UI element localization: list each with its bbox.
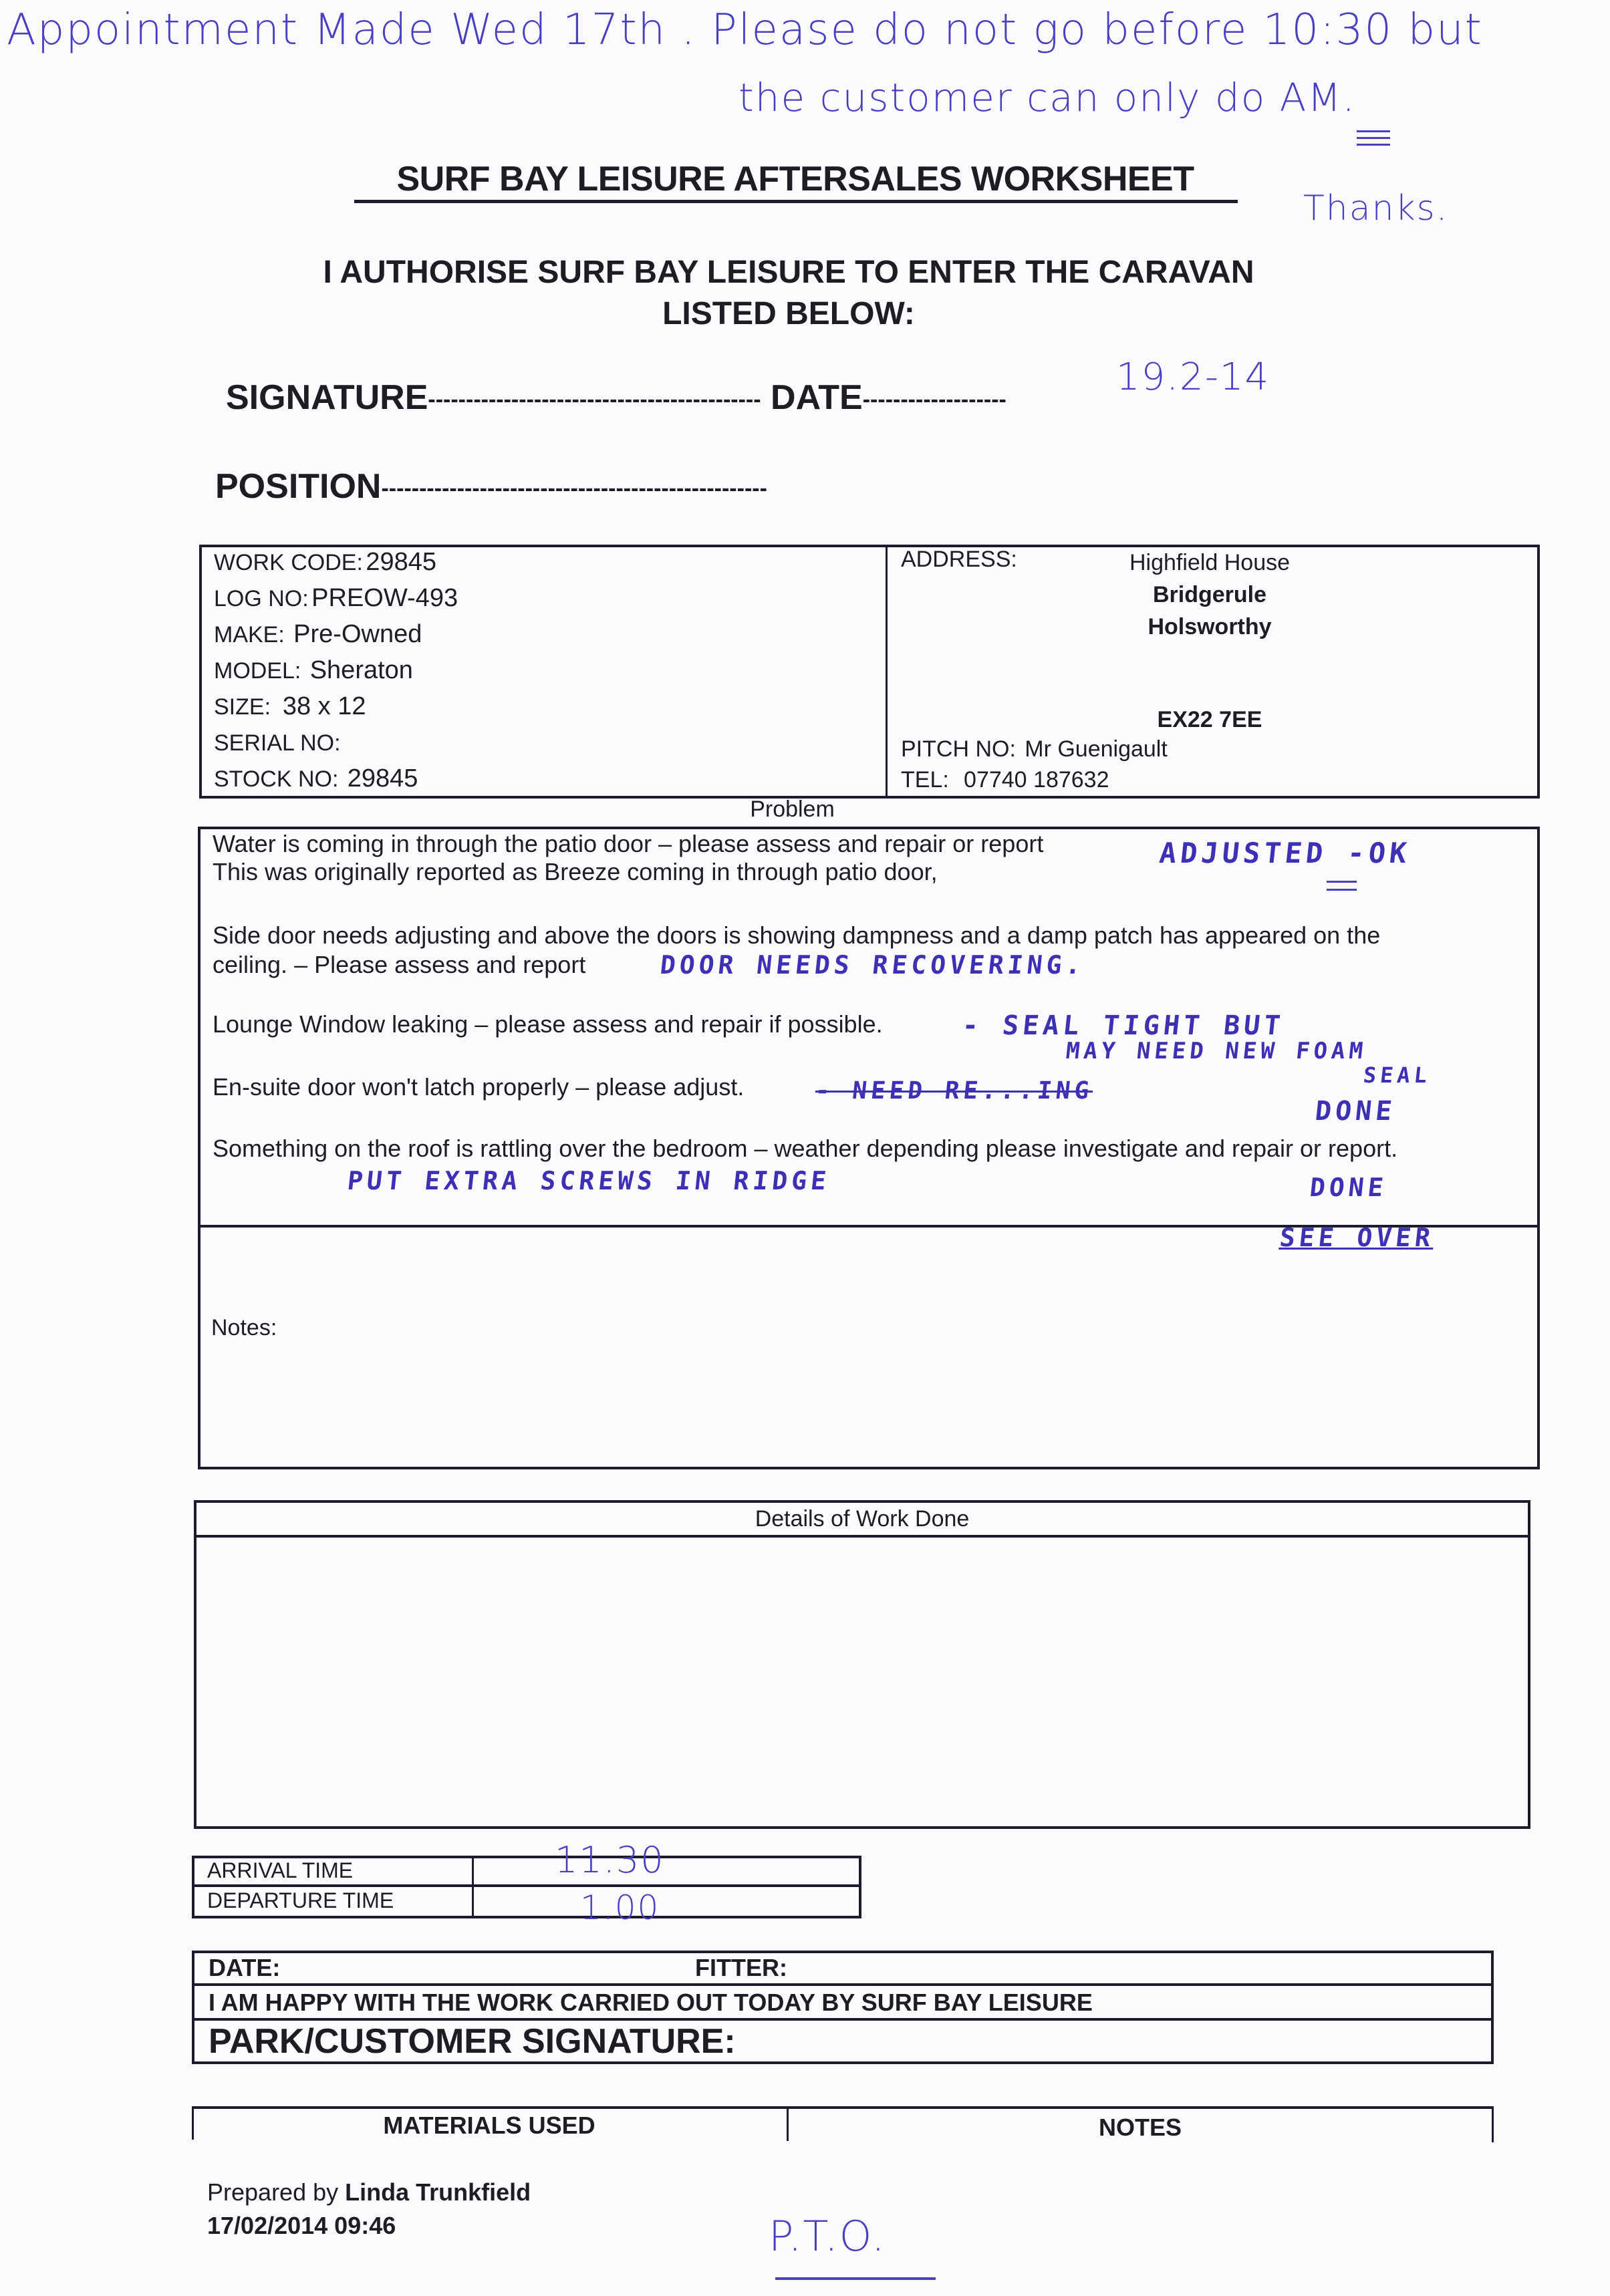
handwritten-date: 19.2-14	[1116, 355, 1270, 399]
problem-item-3-note3: SEAL	[1362, 1062, 1432, 1088]
prepared-by-name: Linda Trunkfield	[345, 2178, 531, 2206]
size-row: SIZE: 38 x 12	[214, 691, 458, 727]
model-value: Sheraton	[310, 656, 413, 684]
work-code-row: WORK CODE: 29845	[214, 547, 458, 583]
model-label: MODEL:	[214, 658, 301, 684]
signoff-signature-label: PARK/CUSTOMER SIGNATURE:	[209, 2021, 736, 2061]
pto-underline	[775, 2277, 936, 2280]
problem-heading: Problem	[199, 797, 1385, 823]
departure-value[interactable]: 1.00	[580, 1888, 660, 1927]
customer-signature-field[interactable]	[802, 2022, 1490, 2061]
signoff-divider-2	[192, 2018, 1494, 2021]
tel-row: TEL: 07740 187632	[901, 767, 1109, 793]
signature-row: SIGNATURE-------------------------------…	[226, 378, 1007, 418]
details-heading: Details of Work Done	[194, 1506, 1530, 1532]
address-line2: Bridgerule	[1043, 579, 1377, 611]
signature-label: SIGNATURE	[226, 378, 428, 417]
make-label: MAKE:	[214, 622, 285, 648]
times-row-divider	[192, 1884, 861, 1887]
materials-notes-label: NOTES	[789, 2114, 1492, 2142]
position-field[interactable]: ----------------------------------------…	[381, 476, 767, 501]
position-label: POSITION	[215, 467, 381, 506]
work-code-label: WORK CODE:	[214, 550, 363, 575]
authorise-line1: I AUTHORISE SURF BAY LEISURE TO ENTER TH…	[221, 254, 1357, 291]
address-line1: Highfield House	[1043, 547, 1377, 579]
problem-item: En-suite door won't latch properly – ple…	[213, 1073, 744, 1101]
tel-label: TEL:	[901, 767, 949, 793]
handwritten-note-line1: Appointment Made Wed 17th . Please do no…	[7, 5, 1483, 55]
see-over-note: SEE OVER	[1279, 1223, 1436, 1252]
am-underline	[1357, 137, 1390, 139]
am-underline	[1357, 144, 1390, 146]
size-value: 38 x 12	[283, 692, 366, 720]
details-header-divider	[194, 1535, 1530, 1538]
address-label: ADDRESS:	[901, 547, 1017, 573]
problem-item-3-note2: MAY NEED NEW FOAM	[1065, 1038, 1368, 1064]
date-field[interactable]: -------------------	[863, 387, 1007, 412]
stock-no-value: 29845	[348, 764, 418, 793]
pitch-no-label: PITCH NO:	[901, 736, 1016, 762]
problem-item-1-note: ADJUSTED -OK	[1158, 837, 1412, 869]
signoff-fitter-label: FITTER:	[695, 1954, 787, 1982]
handwritten-note-line2: the customer can only do AM.	[739, 75, 1356, 120]
size-label: SIZE:	[214, 694, 271, 720]
problem-item-5-note: PUT EXTRA SCREWS IN RIDGE	[346, 1166, 832, 1195]
signoff-happy-text: I AM HAPPY WITH THE WORK CARRIED OUT TOD…	[209, 1989, 1093, 2017]
prepared-timestamp: 17/02/2014 09:46	[207, 2212, 396, 2240]
problem-item-4-text: En-suite door won't latch properly – ple…	[213, 1073, 744, 1101]
page-title-text: SURF BAY LEISURE AFTERSALES WORKSHEET	[396, 160, 1194, 198]
position-row: POSITION--------------------------------…	[215, 466, 767, 507]
page-title: SURF BAY LEISURE AFTERSALES WORKSHEET	[354, 159, 1236, 199]
problem-item-4-note: - NEED RE...ING	[814, 1077, 1094, 1105]
caravan-details: WORK CODE: 29845 LOG NO: PREOW-493 MAKE:…	[214, 547, 458, 799]
problem-item-1-text: Water is coming in through the patio doo…	[213, 830, 1043, 858]
note-underline	[1327, 889, 1357, 891]
model-row: MODEL: Sheraton	[214, 655, 458, 691]
problem-item-3-text: Lounge Window leaking – please assess an…	[213, 1010, 883, 1038]
address-line3: Holsworthy	[1043, 611, 1377, 643]
problem-item-5-note2: DONE	[1309, 1173, 1389, 1202]
info-box-divider	[886, 545, 888, 799]
materials-right-edge	[1492, 2106, 1494, 2142]
authorise-line2: LISTED BELOW:	[221, 295, 1357, 332]
departure-label: DEPARTURE TIME	[207, 1888, 394, 1913]
times-col-divider	[472, 1856, 474, 1918]
address-postcode: EX22 7EE	[1043, 707, 1377, 733]
problem-item-2-text: Side door needs adjusting and above the …	[213, 921, 1380, 950]
problem-item: Water is coming in through the patio doo…	[213, 830, 1043, 886]
stock-no-row: STOCK NO: 29845	[214, 763, 458, 799]
serial-no-row: SERIAL NO:	[214, 727, 458, 763]
log-no-value: PREOW-493	[311, 584, 458, 612]
notes-area[interactable]	[200, 1350, 1537, 1467]
details-area[interactable]	[196, 1538, 1528, 1826]
signature-field[interactable]: ----------------------------------------…	[428, 387, 761, 412]
address-block: Highfield House Bridgerule Holsworthy	[1043, 547, 1377, 643]
materials-used-label: MATERIALS USED	[192, 2112, 787, 2140]
make-value: Pre-Owned	[293, 620, 422, 648]
serial-no-label: SERIAL NO:	[214, 730, 341, 756]
problem-item-3-note: - SEAL TIGHT BUT	[961, 1010, 1286, 1041]
prepared-by: Prepared by Linda Trunkfield	[207, 2178, 531, 2206]
prepared-by-label: Prepared by	[207, 2178, 338, 2206]
date-label: DATE	[771, 378, 863, 417]
arrival-value[interactable]: 11.30	[555, 1839, 665, 1881]
problem-item-2-note: DOOR NEEDS RECOVERING.	[659, 950, 1087, 980]
problem-item-5-text: Something on the roof is rattling over t…	[213, 1135, 1397, 1163]
work-code-value: 29845	[366, 548, 436, 576]
signoff-divider-1	[192, 1983, 1494, 1986]
materials-top-line	[192, 2106, 1494, 2109]
arrival-label: ARRIVAL TIME	[207, 1858, 353, 1883]
pitch-no-value: Mr Guenigault	[1025, 736, 1168, 762]
title-underline	[354, 200, 1238, 203]
note-underline	[1327, 881, 1357, 883]
signoff-date-label: DATE:	[209, 1954, 280, 1982]
handwritten-thanks: Thanks.	[1303, 188, 1448, 229]
log-no-row: LOG NO: PREOW-493	[214, 583, 458, 619]
log-no-label: LOG NO:	[214, 586, 309, 611]
am-underline	[1357, 130, 1390, 132]
pitch-no-row: PITCH NO: Mr Guenigault	[901, 736, 1168, 762]
problem-item: Something on the roof is rattling over t…	[213, 1135, 1397, 1163]
problem-item: Lounge Window leaking – please assess an…	[213, 1010, 883, 1038]
notes-label: Notes:	[211, 1315, 277, 1341]
make-row: MAKE: Pre-Owned	[214, 619, 458, 655]
problem-item-1-text2: This was originally reported as Breeze c…	[213, 858, 1043, 886]
pto-note: P.T.O.	[769, 2212, 886, 2261]
stock-no-label: STOCK NO:	[214, 766, 338, 792]
tel-value: 07740 187632	[964, 767, 1109, 793]
problem-item-4-note2: DONE	[1314, 1096, 1397, 1127]
